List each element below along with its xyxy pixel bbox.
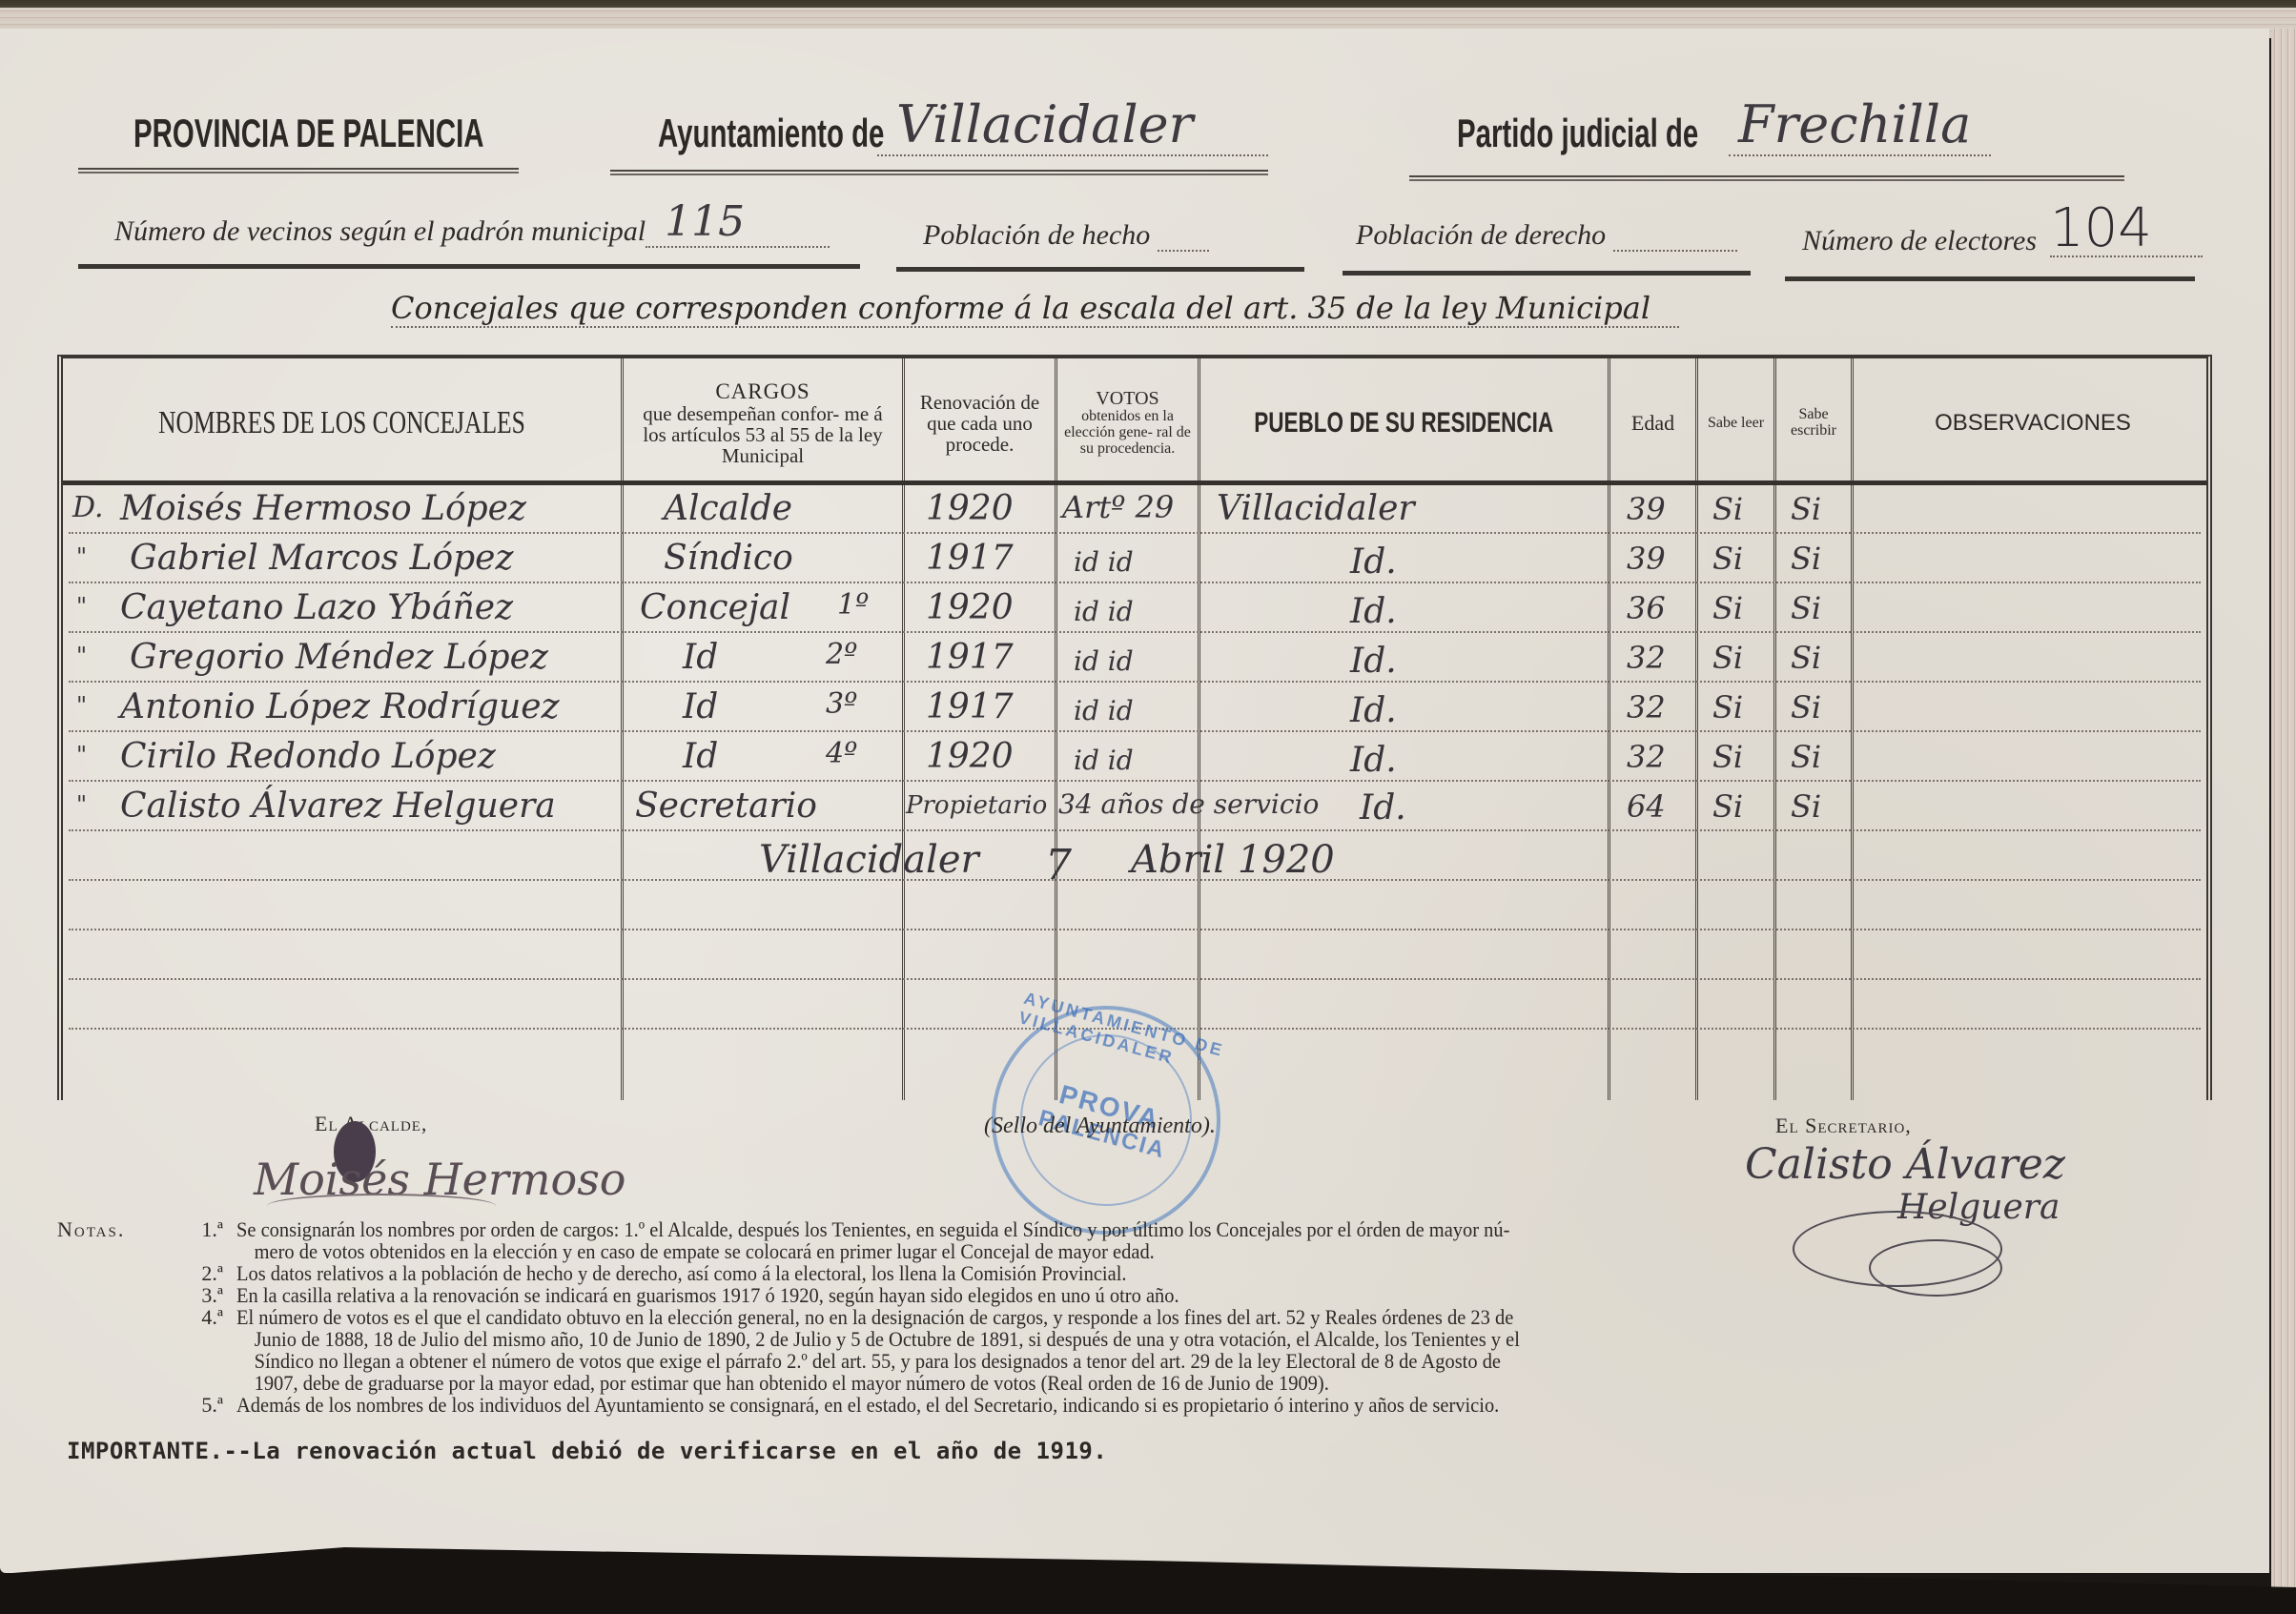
header-nombres-label: NOMBRES DE LOS CONCEJALES [158, 406, 525, 440]
header-pueblo: PUEBLO DE SU RESIDENCIA [1200, 366, 1608, 480]
cell-nombre[interactable]: Cirilo Redondo López [120, 740, 496, 774]
note-item: mero de votos obtenidos en la elección y… [57, 1240, 2193, 1262]
row-line [69, 978, 2201, 980]
note-number: 4.ª [191, 1306, 236, 1328]
note-text: Además de los nombres de los individuos … [236, 1394, 2056, 1416]
note-item: 1907, debe de graduarse por la mayor eda… [57, 1372, 2193, 1394]
hecho-value[interactable] [1158, 242, 1209, 252]
cell-pueblo[interactable]: Id. [1350, 545, 1397, 580]
ayuntamiento-label: Ayuntamiento de [658, 111, 811, 156]
vecinos-label: Número de vecinos según el padrón munici… [114, 215, 646, 248]
note-number: 1.ª [191, 1218, 236, 1240]
row-line [69, 780, 2201, 782]
cell-renovacion[interactable]: 1917 [926, 541, 1014, 576]
secretario-signature: Calisto Álvarez [1745, 1140, 2065, 1189]
note-item: 4.ª El número de votos es el que el cand… [57, 1306, 2193, 1328]
header-nombres: NOMBRES DE LOS CONCEJALES [63, 366, 621, 480]
partido-field: Partido judicial de Frechilla [1457, 95, 1991, 156]
cell-sabe-leer[interactable]: Si [1712, 543, 1743, 574]
row-prefix: D. [72, 494, 104, 522]
cell-nombre[interactable]: Cayetano Lazo Ybáñez [120, 591, 513, 625]
cell-renovacion[interactable]: 1917 [926, 690, 1014, 725]
cell-votos[interactable]: id id [1074, 698, 1134, 725]
note-text: Los datos relativos a la población de he… [236, 1262, 2056, 1284]
cell-sabe-leer[interactable]: Si [1712, 742, 1743, 772]
derecho-rule [1343, 271, 1751, 276]
cell-cargo[interactable]: Secretario [635, 789, 817, 824]
note-text: Junio de 1888, 18 de Julio del mismo año… [236, 1328, 2056, 1350]
note-text: Se consignarán los nombres por orden de … [236, 1218, 2056, 1240]
row-line [69, 829, 2201, 831]
note-number: 5.ª [191, 1394, 236, 1416]
ayuntamiento-value[interactable]: Villacidaler [877, 94, 1268, 156]
cell-cargo[interactable]: Id [683, 740, 718, 774]
note-text: mero de votos obtenidos en la elección y… [236, 1240, 2056, 1262]
province-heading: PROVINCIA DE PALENCIA [133, 107, 634, 156]
cell-sabe-escribir[interactable]: Si [1791, 643, 1821, 673]
cell-votos[interactable]: id id [1074, 747, 1134, 774]
notes-heading: Notas. [57, 1218, 191, 1240]
signature-flourish [267, 1194, 496, 1218]
cell-sabe-leer[interactable]: Si [1712, 494, 1743, 524]
electores-field: Número de electores 104 [1802, 196, 2203, 257]
page-edges-right [2271, 29, 2296, 1611]
row-line [69, 532, 2201, 534]
note-number: 3.ª [191, 1284, 236, 1306]
cell-votos[interactable]: Artº 29 [1062, 492, 1174, 522]
cell-renovacion[interactable]: 1920 [926, 492, 1014, 526]
row-line [69, 681, 2201, 683]
cell-sabe-leer[interactable]: Si [1712, 643, 1743, 673]
row-line [69, 631, 2201, 633]
header-cargos-sub: que desempeñan confor- me á los artículo… [629, 403, 896, 466]
cell-votos[interactable]: 34 años de servicio [1058, 791, 1319, 818]
note-item: 3.ª En la casilla relativa a la renovaci… [57, 1284, 2193, 1306]
cell-sabe-leer[interactable]: Si [1712, 791, 1743, 822]
cell-sabe-leer[interactable]: Si [1712, 692, 1743, 723]
cell-cargo[interactable]: Id [683, 690, 718, 725]
partido-label: Partido judicial de [1457, 111, 1648, 156]
header-pueblo-label: PUEBLO DE SU RESIDENCIA [1255, 408, 1554, 439]
cell-edad[interactable]: 39 [1627, 543, 1666, 574]
province-title: PROVINCIA DE PALENCIA [133, 111, 484, 156]
secretario-label: El Secretario, [1775, 1113, 1912, 1138]
vecinos-rule [78, 264, 860, 269]
row-line [69, 929, 2201, 930]
cell-sabe-escribir[interactable]: Si [1791, 593, 1821, 623]
cell-pueblo[interactable]: Id. [1350, 595, 1397, 629]
cell-votos[interactable]: id id [1074, 549, 1134, 576]
cell-votos[interactable]: id id [1074, 648, 1134, 675]
cell-sabe-escribir[interactable]: Si [1791, 692, 1821, 723]
header-votos: VOTOS obtenidos en la elección gene- ral… [1057, 366, 1198, 480]
header-rule [63, 480, 2206, 485]
partido-rule [1409, 175, 2124, 181]
header-cargos-title: CARGOS [715, 380, 810, 403]
header-sabe-leer-label: Sabe leer [1708, 416, 1765, 432]
header-votos-title: VOTOS [1096, 389, 1158, 409]
cell-renovacion[interactable]: 1917 [926, 641, 1014, 675]
cell-renovacion[interactable]: Propietario [906, 793, 1047, 818]
cell-pueblo[interactable]: Id. [1350, 694, 1397, 728]
cell-nombre[interactable]: Calisto Álvarez Helguera [120, 789, 556, 824]
cell-cargo[interactable]: Síndico [664, 541, 793, 576]
cell-renovacion[interactable]: 1920 [926, 740, 1014, 774]
cell-nombre[interactable]: Moisés Hermoso López [120, 492, 526, 526]
province-rule [78, 168, 519, 174]
cell-cargo[interactable]: Alcalde [664, 492, 792, 526]
hecho-field: Población de hecho [923, 204, 1209, 252]
hecho-label: Población de hecho [923, 219, 1150, 252]
row-line [69, 582, 2201, 583]
row-prefix: " [76, 644, 87, 667]
header-observaciones-label: OBSERVACIONES [1935, 411, 2131, 435]
cell-nombre[interactable]: Gregorio Méndez López [130, 641, 548, 675]
cell-edad[interactable]: 32 [1627, 742, 1666, 772]
date-place: Villacidaler [759, 841, 979, 879]
date-month-year: Abril 1920 [1131, 841, 1335, 879]
note-number: 2.ª [191, 1262, 236, 1284]
note-text: Síndico no llegan a obtener el número de… [236, 1350, 2056, 1372]
sello-label: (Sello del Ayuntamiento). [984, 1113, 1216, 1139]
cell-edad[interactable]: 39 [1627, 494, 1666, 524]
electores-rule [1785, 276, 2195, 281]
vecinos-field: Número de vecinos según el padrón munici… [114, 200, 830, 248]
header-renovacion: Renovación de que cada uno procede. [905, 366, 1055, 480]
note-text: 1907, debe de graduarse por la mayor eda… [236, 1372, 2056, 1394]
row-prefix: " [76, 595, 87, 618]
note-text: En la casilla relativa a la renovación s… [236, 1284, 2056, 1306]
row-prefix: " [76, 545, 87, 568]
cell-cargo-num[interactable]: 4º [826, 740, 857, 768]
notes-section: Notas. 1.ª Se consignarán los nombres po… [57, 1218, 2193, 1416]
partido-value[interactable]: Frechilla [1729, 94, 1991, 156]
cell-pueblo[interactable]: Id. [1360, 791, 1406, 826]
derecho-label: Población de derecho [1356, 219, 1606, 252]
note-item: 5.ª Además de los nombres de los individ… [57, 1394, 2193, 1416]
derecho-value[interactable] [1613, 242, 1737, 252]
cell-edad[interactable]: 32 [1627, 643, 1666, 673]
cell-sabe-escribir[interactable]: Si [1791, 543, 1821, 574]
header-renovacion-label: Renovación de que cada uno procede. [909, 392, 1052, 455]
cell-nombre[interactable]: Gabriel Marcos López [130, 541, 513, 576]
cell-pueblo[interactable]: Id. [1350, 744, 1397, 778]
cell-sabe-escribir[interactable]: Si [1791, 494, 1821, 524]
cell-sabe-leer[interactable]: Si [1712, 593, 1743, 623]
cell-sabe-escribir[interactable]: Si [1791, 742, 1821, 772]
note-item: Junio de 1888, 18 de Julio del mismo año… [57, 1328, 2193, 1350]
important-notice: IMPORTANTE.--La renovación actual debió … [67, 1438, 1107, 1464]
row-prefix: " [76, 694, 87, 717]
derecho-field: Población de derecho [1356, 204, 1737, 252]
row-prefix: " [76, 793, 87, 816]
header-observaciones: OBSERVACIONES [1854, 366, 2212, 480]
header-sabe-leer: Sabe leer [1698, 366, 1773, 480]
header-edad-label: Edad [1631, 412, 1674, 434]
header-cargos: CARGOS que desempeñan confor- me á los a… [624, 366, 902, 480]
cell-cargo-num[interactable]: 2º [826, 641, 857, 669]
header-edad: Edad [1610, 366, 1695, 480]
hecho-rule [896, 267, 1304, 272]
note-item: Síndico no llegan a obtener el número de… [57, 1350, 2193, 1372]
row-prefix: " [76, 744, 87, 766]
ayuntamiento-rule [610, 170, 1268, 175]
vecinos-value[interactable]: 115 [646, 197, 830, 248]
header-sabe-escribir: Sabe escribir [1776, 366, 1851, 480]
cell-cargo[interactable]: Id [683, 641, 718, 675]
cell-pueblo[interactable]: Id. [1350, 644, 1397, 679]
note-item: 2.ª Los datos relativos a la población d… [57, 1262, 2193, 1284]
electores-value[interactable]: 104 [2050, 202, 2203, 257]
cell-cargo-num[interactable]: 1º [837, 591, 869, 620]
electores-label: Número de electores [1802, 225, 2037, 257]
date-day: 7 [1045, 845, 1072, 887]
cell-sabe-escribir[interactable]: Si [1791, 791, 1821, 822]
cell-cargo[interactable]: Concejal [640, 591, 790, 625]
cell-pueblo[interactable]: Villacidaler [1217, 492, 1415, 526]
note-text: El número de votos es el que el candidat… [236, 1306, 2056, 1328]
ayuntamiento-field: Ayuntamiento de Villacidaler [658, 95, 1268, 156]
cell-votos[interactable]: id id [1074, 599, 1134, 625]
cell-renovacion[interactable]: 1920 [926, 591, 1014, 625]
header-sabe-escribir-label: Sabe escribir [1780, 407, 1847, 439]
note-item: Notas. 1.ª Se consignarán los nombres po… [57, 1218, 2193, 1240]
row-line [69, 730, 2201, 732]
cell-cargo-num[interactable]: 3º [826, 690, 857, 719]
concejales-title: Concejales que corresponden conforme á l… [391, 290, 1679, 328]
concejales-table: NOMBRES DE LOS CONCEJALES CARGOS que des… [57, 355, 2212, 1100]
header-votos-sub: obtenidos en la elección gene- ral de su… [1061, 409, 1195, 457]
cell-edad[interactable]: 32 [1627, 692, 1666, 723]
cell-edad[interactable]: 36 [1627, 593, 1666, 623]
cell-edad[interactable]: 64 [1627, 791, 1666, 822]
cell-nombre[interactable]: Antonio López Rodríguez [120, 690, 560, 725]
